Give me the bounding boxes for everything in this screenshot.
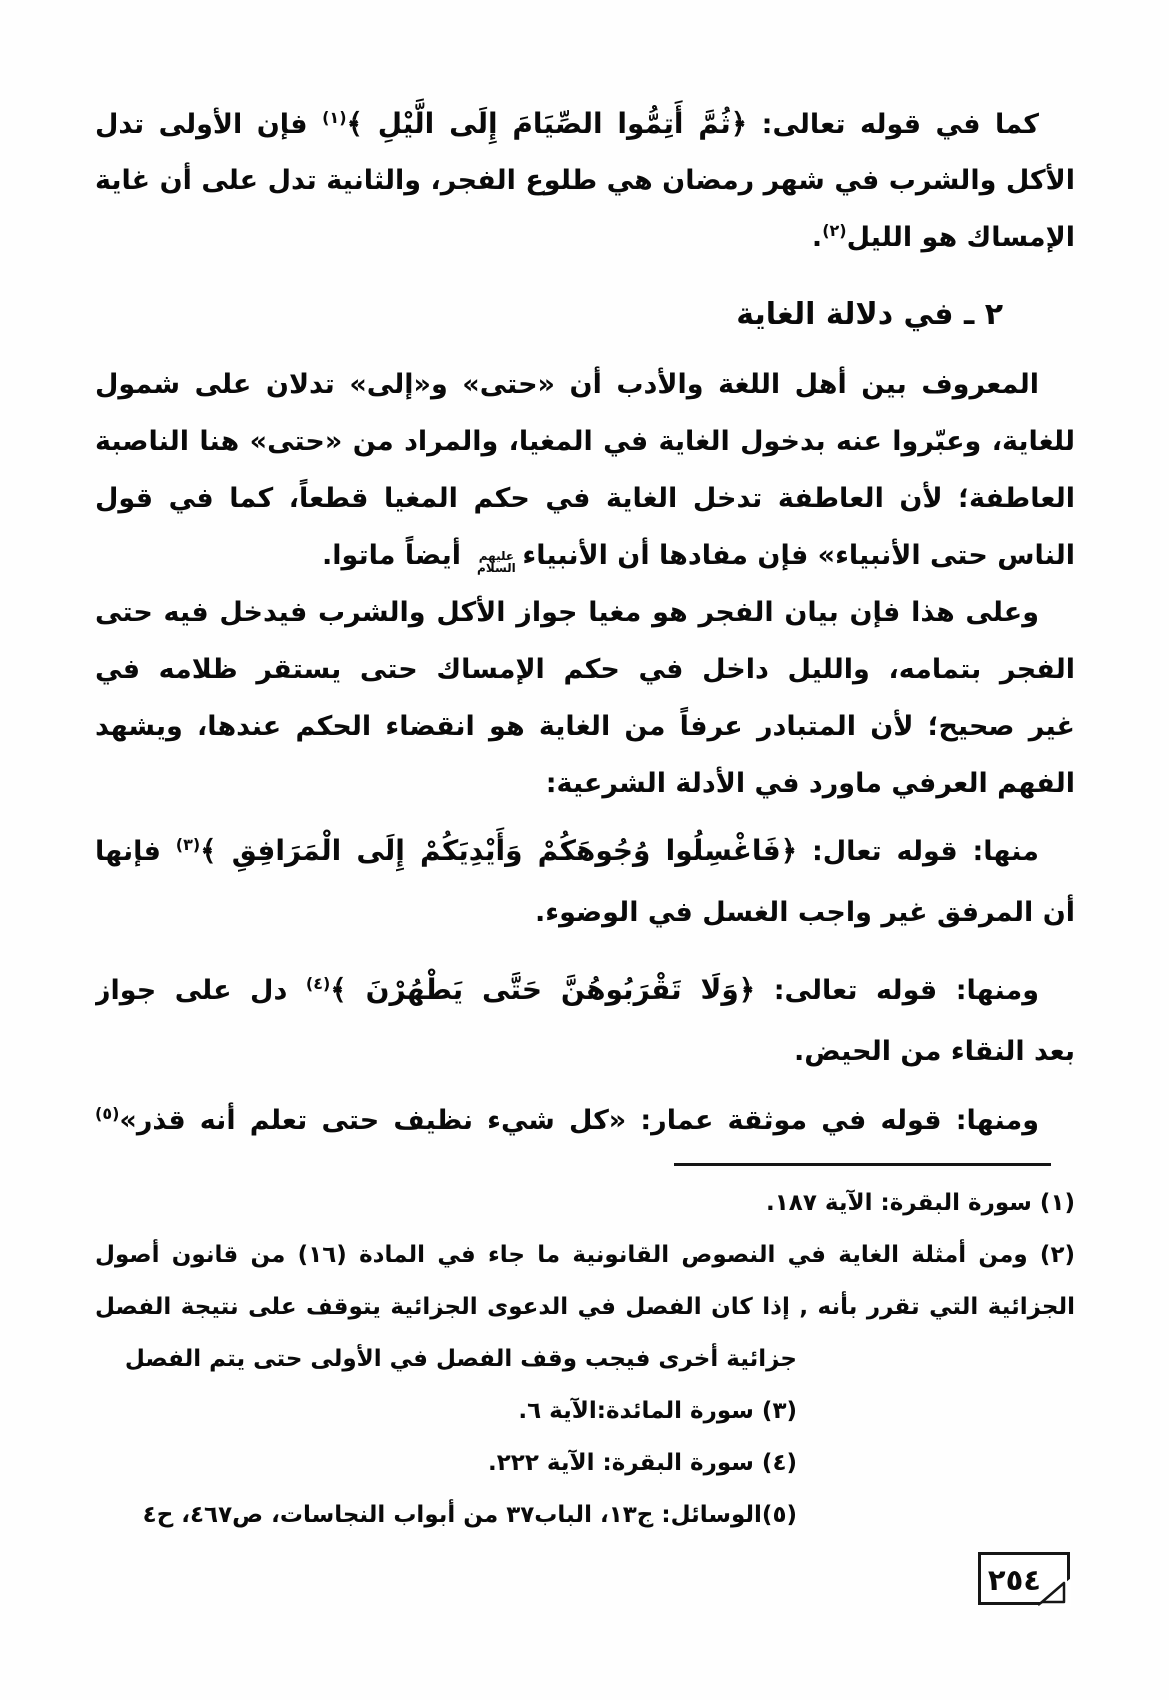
body-line: وعلى هذا فإن بيان الفجر هو مغيا جواز الأ… (95, 584, 1075, 641)
footnote-separator (674, 1163, 1051, 1166)
footnote-marker: (١) (322, 108, 346, 127)
quran-verse: ﴿وَلَا تَقْرَبُوهُنَّ حَتَّى يَطْهُرْنَ … (330, 973, 755, 1006)
quran-verse: ﴿فَاغْسِلُوا وُجُوهَكُمْ وَأَيْدِيَكُمْ … (200, 834, 797, 867)
dog-ear-icon (1037, 1576, 1071, 1606)
body-text: أيضاً ماتوا. (322, 540, 470, 571)
page-number-box: ٢٥٤ (978, 1552, 1070, 1605)
body-text: منها: قوله تعال: (797, 836, 1039, 867)
body-line: بعد النقاء من الحيض. (95, 1023, 1075, 1080)
body-text: . (812, 222, 822, 253)
paragraph-5: ومنها: قوله تعالى: ﴿وَلَا تَقْرَبُوهُنَّ… (95, 957, 1075, 1080)
paragraph-6: ومنها: قوله في موثقة عمار: «كل شيء نظيف … (95, 1092, 1075, 1149)
body-text: كما في قوله تعالى: (747, 109, 1039, 140)
body-line: العاطفة؛ لأن العاطفة تدخل الغاية في حكم … (95, 470, 1075, 527)
body-line: كما في قوله تعالى: ﴿ثُمَّ أَتِمُّوا الصِ… (95, 95, 1075, 152)
footnote-line: (٥)الوسائل: ج١٣، الباب٣٧ من أبواب النجاس… (95, 1489, 1075, 1541)
honorific-mark: عليهم السلام (470, 550, 522, 574)
section-heading: ٢ ـ في دلالة الغاية (95, 290, 1075, 340)
body-text: الإمساك هو الليل (847, 222, 1075, 253)
paragraph-4: منها: قوله تعال: ﴿فَاغْسِلُوا وُجُوهَكُم… (95, 818, 1075, 941)
paragraph-1: كما في قوله تعالى: ﴿ثُمَّ أَتِمُّوا الصِ… (95, 95, 1075, 266)
body-line: للغاية، وعبّروا عنه بدخول الغاية في المغ… (95, 413, 1075, 470)
body-line: الفهم العرفي ماورد في الأدلة الشرعية: (95, 755, 1075, 812)
body-text: ومنها: قوله في موثقة عمار: «كل شيء نظيف … (119, 1105, 1039, 1136)
footnote-marker: (٥) (95, 1104, 119, 1123)
page-number: ٢٥٤ (988, 1558, 1041, 1602)
body-line: الفجر بتمامه، والليل داخل في حكم الإمساك… (95, 641, 1075, 698)
scanned-book-page: كما في قوله تعالى: ﴿ثُمَّ أَتِمُّوا الصِ… (0, 0, 1169, 1700)
footnote-line: (٤) سورة البقرة: الآية ٢٢٢. (95, 1437, 1075, 1489)
footnotes: (١) سورة البقرة: الآية ١٨٧. (٢) ومن أمثل… (95, 1177, 1075, 1541)
body-line: غير صحيح؛ لأن المتبادر عرفاً من الغاية ه… (95, 698, 1075, 755)
body-line: الناس حتى الأنبياء» فإن مفادها أن الأنبي… (95, 527, 1075, 584)
footnote-marker: (٤) (306, 974, 330, 993)
paragraph-2: المعروف بين أهل اللغة والأدب أن «حتى» و«… (95, 356, 1075, 584)
footnote-line: (١) سورة البقرة: الآية ١٨٧. (95, 1177, 1075, 1229)
footnote-line: (٣) سورة المائدة:الآية ٦. (95, 1385, 1075, 1437)
body-text: ومنها: قوله تعالى: (755, 975, 1039, 1006)
footnote-line: الجزائية التي تقرر بأنه , إذا كان الفصل … (95, 1281, 1075, 1333)
body-line: الأكل والشرب في شهر رمضان هي طلوع الفجر،… (95, 152, 1075, 209)
footnote-line: (٢) ومن أمثلة الغاية في النصوص القانونية… (95, 1229, 1075, 1281)
quran-verse: ﴿ثُمَّ أَتِمُّوا الصِّيَامَ إِلَى الَّيْ… (347, 107, 748, 140)
footnote-marker: (٣) (176, 835, 200, 854)
text-block: كما في قوله تعالى: ﴿ثُمَّ أَتِمُّوا الصِ… (95, 0, 1075, 1541)
body-line: منها: قوله تعال: ﴿فَاغْسِلُوا وُجُوهَكُم… (95, 818, 1075, 884)
body-line: المعروف بين أهل اللغة والأدب أن «حتى» و«… (95, 356, 1075, 413)
paragraph-3: وعلى هذا فإن بيان الفجر هو مغيا جواز الأ… (95, 584, 1075, 812)
footnote-line: جزائية أخرى فيجب وقف الفصل في الأولى حتى… (95, 1333, 1075, 1385)
body-line: ومنها: قوله تعالى: ﴿وَلَا تَقْرَبُوهُنَّ… (95, 957, 1075, 1023)
body-text: الناس حتى الأنبياء» فإن مفادها أن الأنبي… (522, 540, 1075, 571)
footnote-marker: (٢) (822, 221, 846, 240)
body-line: أن المرفق غير واجب الغسل في الوضوء. (95, 884, 1075, 941)
body-line: الإمساك هو الليل(٢). (95, 209, 1075, 266)
body-line: ومنها: قوله في موثقة عمار: «كل شيء نظيف … (95, 1092, 1075, 1149)
